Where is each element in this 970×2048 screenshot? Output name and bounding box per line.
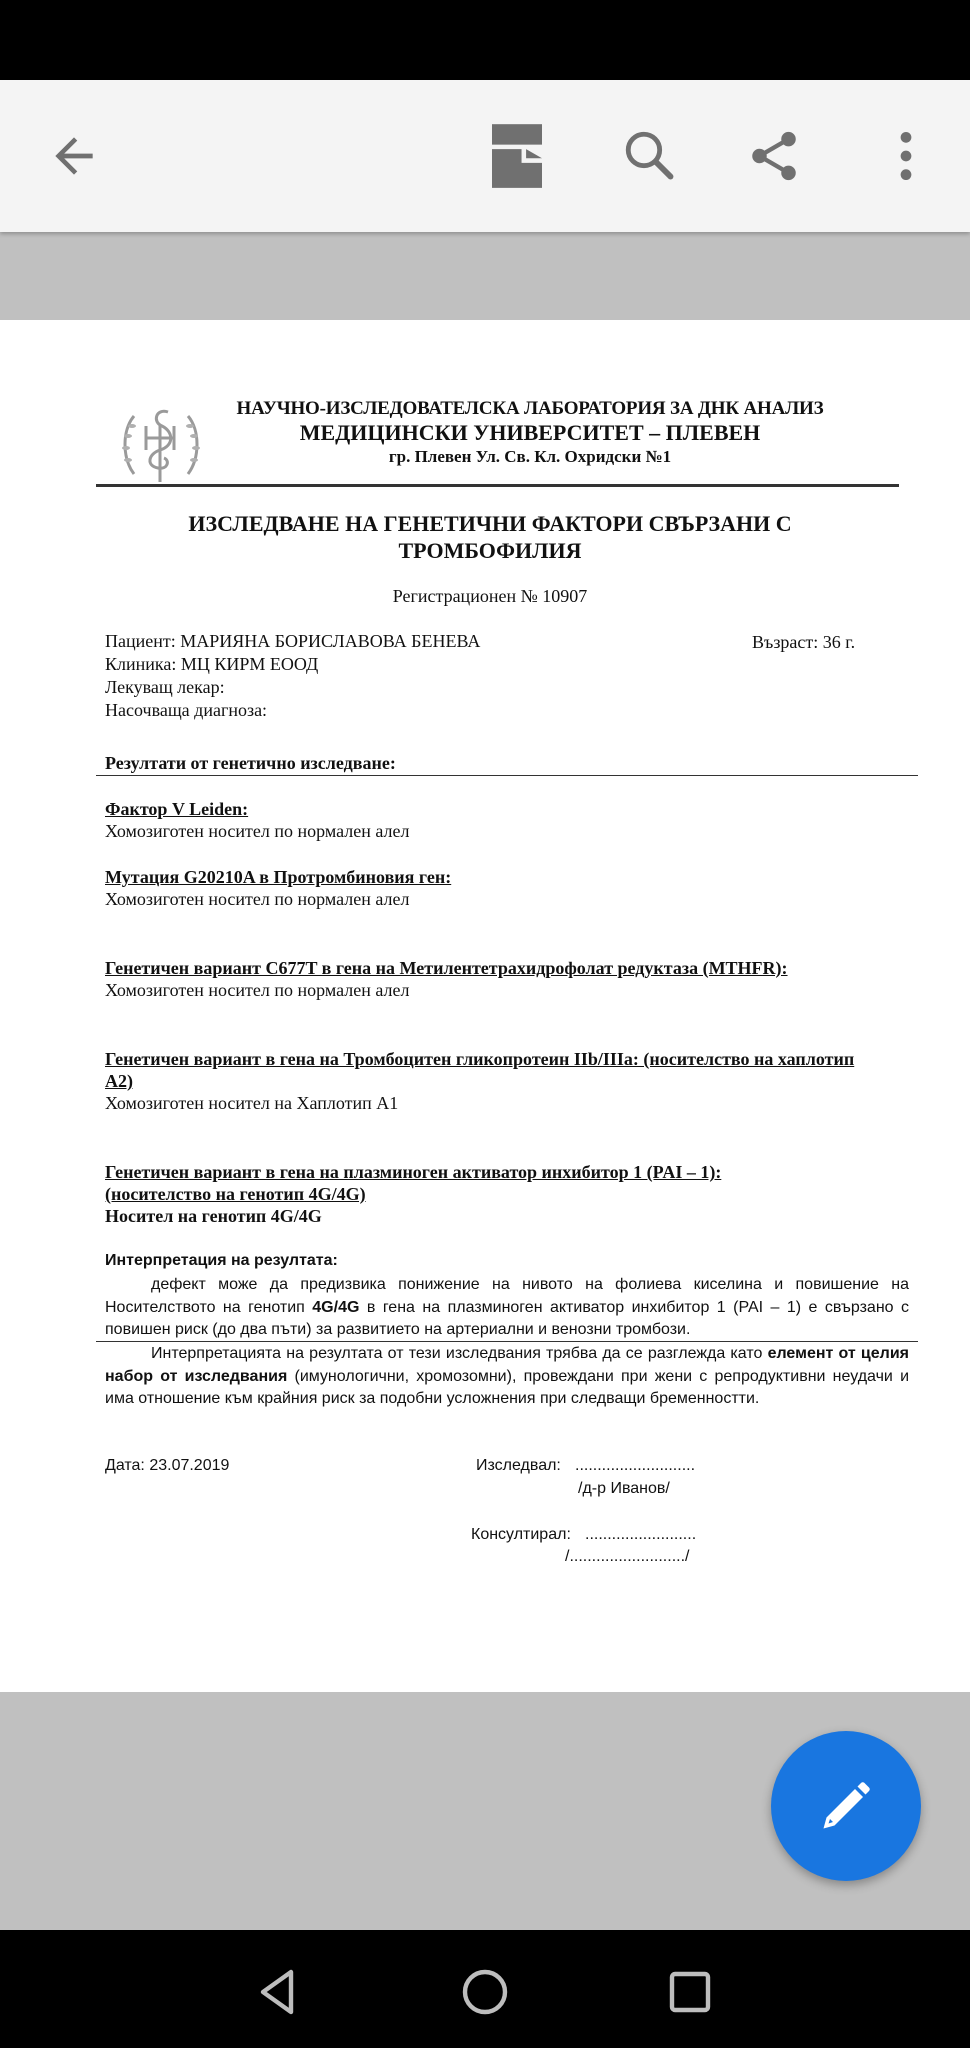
results-heading: Резултати от генетично изследване:: [105, 753, 396, 774]
system-navigation-bar: [0, 1930, 970, 2048]
document-viewer[interactable]: НАУЧНО-ИЗСЛЕДОВАТЕЛСКА ЛАБОРАТОРИЯ ЗА ДН…: [0, 232, 970, 1930]
search-icon: [621, 127, 679, 185]
report-date: Дата: 23.07.2019: [105, 1457, 229, 1475]
more-vert-icon: [896, 128, 916, 184]
nav-back-icon: [255, 1968, 299, 2016]
section-value-gp2b3a: Хомозиготен носител на Хаплотип А1: [105, 1092, 398, 1114]
document-view-icon: [492, 124, 542, 188]
app-toolbar: [0, 80, 970, 232]
interpretation-paragraph-1: дефект може да предизвика понижение на н…: [105, 1274, 909, 1342]
section-title-factor-v: Фактор V Leiden:: [105, 798, 865, 820]
patient-age: Възраст: 36 г.: [752, 632, 855, 653]
title-line-2: ТРОМБОФИЛИЯ: [150, 537, 830, 564]
nav-home-icon: [461, 1968, 509, 2016]
interpretation-divider: [96, 1341, 918, 1342]
university-name: МЕДИЦИНСКИ УНИВЕРСИТЕТ – ПЛЕВЕН: [210, 420, 850, 446]
edit-fab-button[interactable]: [771, 1731, 921, 1881]
examined-by-label: Изследвал:: [476, 1457, 561, 1475]
referral-diagnosis: Насочваща диагноза:: [105, 699, 267, 722]
nav-back-button[interactable]: [237, 1952, 317, 2032]
treating-doctor: Лекуващ лекар:: [105, 676, 225, 699]
examined-by-signature: ...........................: [575, 1457, 695, 1475]
search-button[interactable]: [614, 120, 686, 192]
patient-name: Пациент: МАРИЯНА БОРИСЛАВОВА БЕНЕВА: [105, 630, 480, 653]
header-divider: [96, 484, 899, 487]
title-line-1: ИЗСЛЕДВАНЕ НА ГЕНЕТИЧНИ ФАКТОРИ СВЪРЗАНИ…: [150, 510, 830, 537]
section-value-pai1: Носител на генотип 4G/4G: [105, 1205, 322, 1227]
document-page: НАУЧНО-ИЗСЛЕДОВАТЕЛСКА ЛАБОРАТОРИЯ ЗА ДН…: [0, 320, 970, 1692]
clinic: Клиника: МЦ КИРМ ЕООД: [105, 653, 318, 676]
more-options-button[interactable]: [870, 120, 942, 192]
pencil-edit-icon: [816, 1776, 876, 1836]
nav-home-button[interactable]: [445, 1952, 525, 2032]
document-title: ИЗСЛЕДВАНЕ НА ГЕНЕТИЧНИ ФАКТОРИ СВЪРЗАНИ…: [150, 510, 830, 564]
registration-number: Регистрационен № 10907: [150, 586, 830, 607]
university-logo: [116, 396, 206, 486]
back-arrow-icon: [46, 128, 102, 184]
share-icon: [745, 127, 803, 185]
nav-recents-button[interactable]: [650, 1952, 730, 2032]
examined-by-name: /д-р Иванов/: [578, 1480, 670, 1498]
section-title-pai1: Генетичен вариант в гена на плазминоген …: [105, 1161, 825, 1205]
lab-name: НАУЧНО-ИЗСЛЕДОВАТЕЛСКА ЛАБОРАТОРИЯ ЗА ДН…: [210, 398, 850, 420]
back-button[interactable]: [38, 120, 110, 192]
consulted-by-name: /........................../: [565, 1548, 689, 1566]
status-bar: [0, 0, 970, 80]
section-value-prothrombin: Хомозиготен носител по нормален алел: [105, 888, 410, 910]
section-title-mthfr: Генетичен вариант C677T в гена на Метиле…: [105, 957, 925, 979]
section-value-factor-v: Хомозиготен носител по нормален алел: [105, 820, 410, 842]
consulted-by-label: Консултирал:: [471, 1526, 571, 1544]
address: гр. Плевен Ул. Св. Кл. Охридски №1: [210, 447, 850, 467]
share-button[interactable]: [738, 120, 810, 192]
section-value-mthfr: Хомозиготен носител по нормален алел: [105, 979, 410, 1001]
interpretation-paragraph-2: Интерпретацията на резултата от тези изс…: [105, 1343, 909, 1411]
results-divider: [96, 775, 918, 776]
nav-recents-icon: [668, 1970, 712, 2014]
section-title-gp2b3a: Генетичен вариант в гена на Тромбоцитен …: [105, 1048, 875, 1092]
interpretation-heading: Интерпретация на резултата:: [105, 1252, 338, 1270]
section-title-prothrombin: Мутация G20210A в Протромбиновия ген:: [105, 866, 865, 888]
document-view-button[interactable]: [481, 120, 553, 192]
consulted-by-signature: .........................: [585, 1526, 696, 1544]
